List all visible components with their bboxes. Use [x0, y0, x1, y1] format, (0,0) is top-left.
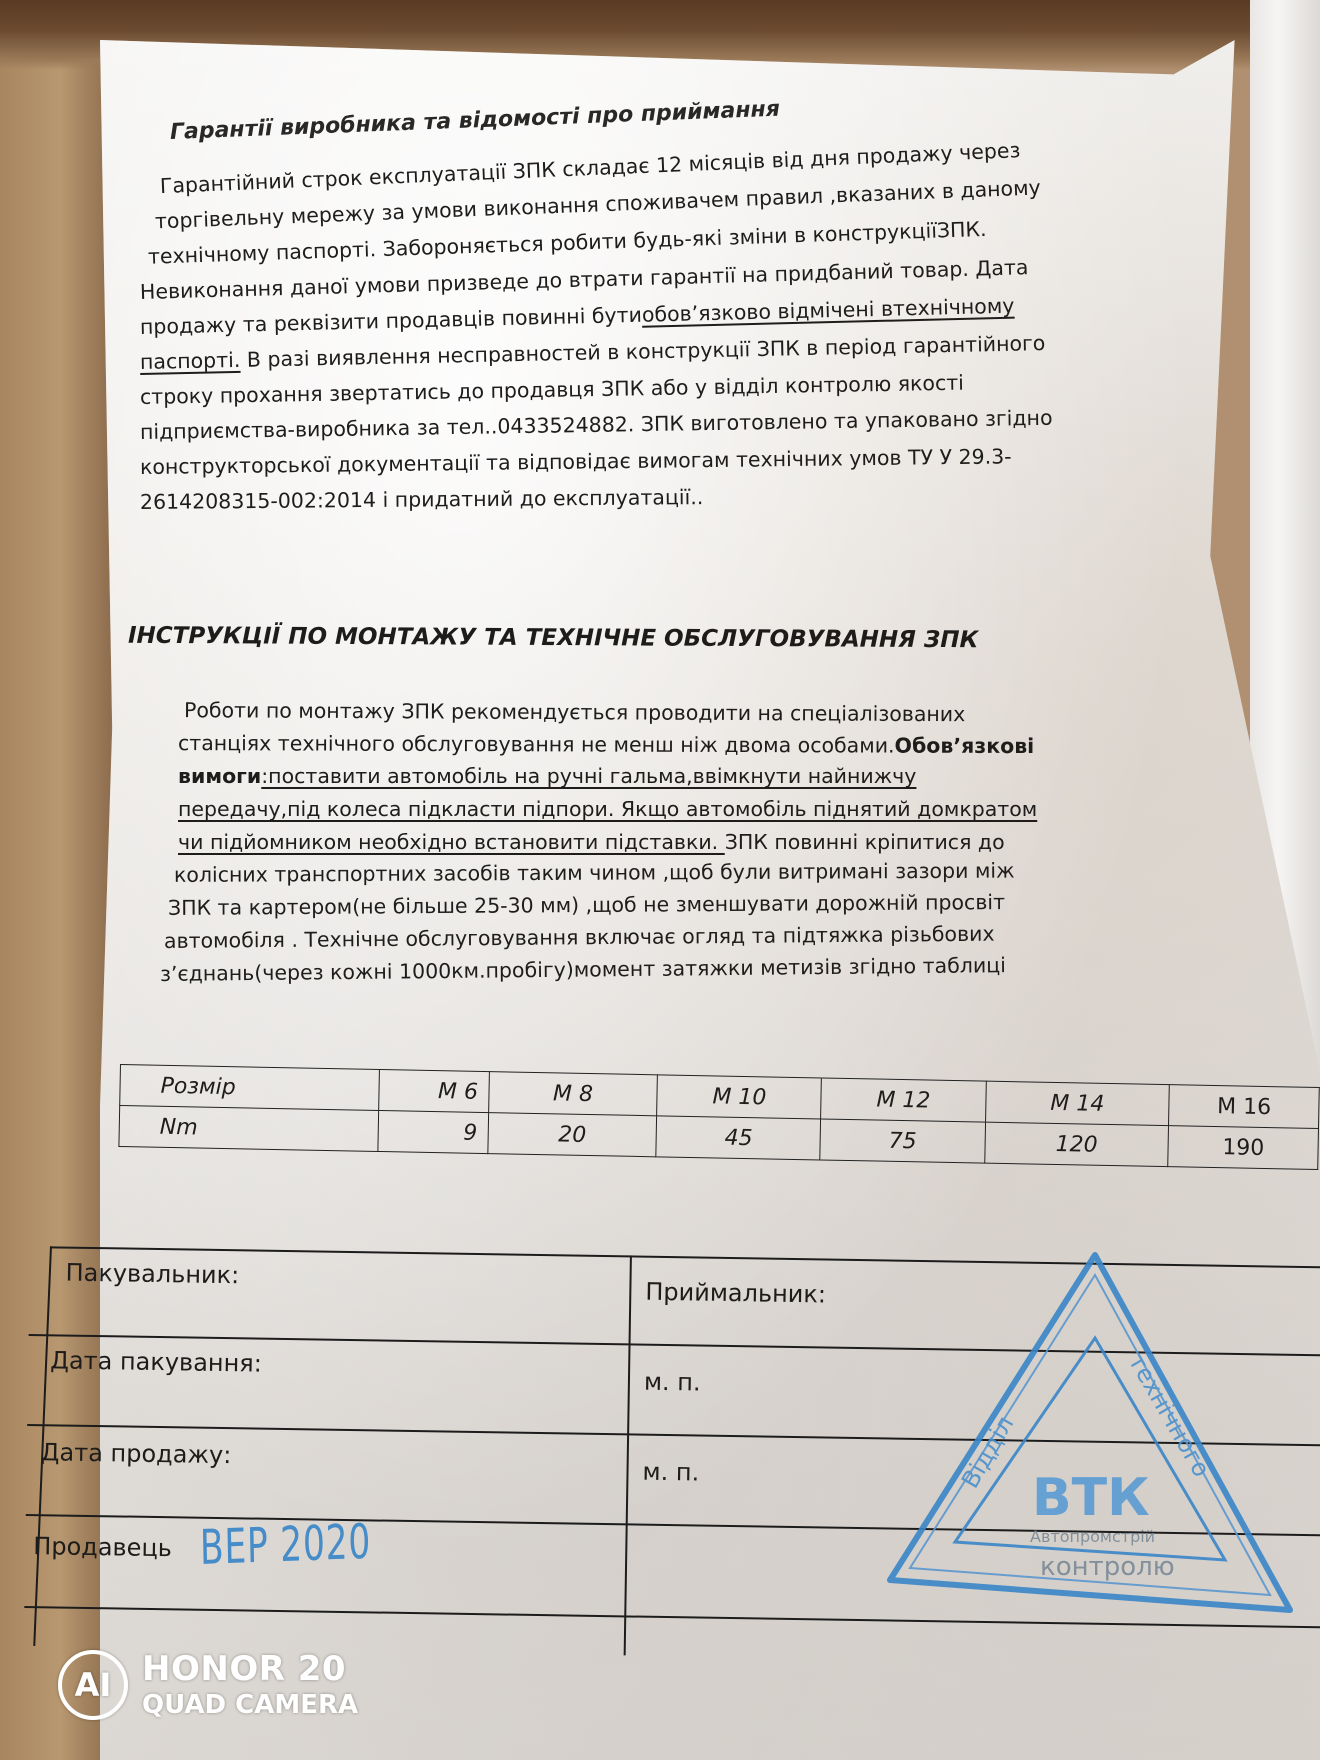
row-label-torque: Nm	[119, 1106, 378, 1152]
instructions-paragraph: Роботи по монтажу ЗПК рекомендується про…	[158, 694, 1037, 991]
instructions-line: Роботи по монтажу ЗПК рекомендується про…	[158, 694, 1037, 732]
torque-cell: 45	[656, 1116, 821, 1160]
qc-department-stamp: Відділ технічного ВТК Автопромстрій конт…	[880, 1250, 1300, 1620]
instructions-bold-text: вимоги	[178, 764, 261, 788]
camera-type: QUAD CAMERA	[142, 1692, 358, 1718]
torque-cell: 120	[984, 1122, 1169, 1167]
torque-cell: 20	[487, 1113, 657, 1157]
warranty-paragraph: Гарантійний строк експлуатації ЗПК склад…	[140, 170, 1053, 520]
receiver-label: Приймальник:	[645, 1278, 826, 1309]
torque-table: Розмір М 6 М 8 М 10 М 12 М 14 М 16 Nm 9 …	[118, 1064, 1319, 1170]
instructions-line: станціях технічного обслуговування не ме…	[158, 727, 1037, 763]
date-stamp: ВЕР 2020	[199, 1514, 371, 1576]
instructions-text: ЗПК повинні кріпитися до	[725, 830, 1005, 854]
torque-cell: 9	[378, 1110, 489, 1153]
warranty-underlined-text: паспорті.	[140, 348, 241, 374]
document: Гарантії виробника та відомості про прий…	[0, 0, 1320, 1760]
instructions-line: передачу,під колеса підкласти підпори. Я…	[158, 793, 1037, 826]
camera-ai-logo-icon: AI	[58, 1650, 128, 1720]
stamp-text-company: Автопромстрій	[1030, 1527, 1155, 1546]
seller-label: Продавець	[33, 1532, 172, 1562]
instructions-underlined-text: чи підйомником необхідно встановити підс…	[178, 830, 725, 854]
instructions-title: ІНСТРУКЦІЇ ПО МОНТАЖУ ТА ТЕХНІЧНЕ ОБСЛУГ…	[128, 623, 978, 653]
stamp-text-left: Відділ	[956, 1411, 1019, 1493]
instructions-bold-text: Обов’язкові	[895, 734, 1035, 758]
row-label-size: Розмір	[120, 1065, 379, 1111]
packing-date-label: Дата пакування:	[50, 1346, 262, 1377]
camera-watermark-text: HONOR 20 QUAD CAMERA	[142, 1652, 358, 1718]
warranty-line: 2614208315-002:2014 і придатний до експл…	[140, 477, 1053, 520]
camera-model: HONOR 20	[142, 1652, 358, 1686]
warranty-text: продажу та реквізити продавців повинні б…	[140, 303, 642, 339]
size-cell: М 14	[985, 1081, 1170, 1126]
size-cell: М 8	[488, 1072, 658, 1116]
stamp-text-center: ВТК	[1032, 1468, 1150, 1528]
seal-label: м. п.	[644, 1368, 701, 1397]
seal-label: м. п.	[642, 1458, 699, 1487]
size-cell: М 16	[1169, 1085, 1319, 1129]
camera-watermark: AI HONOR 20 QUAD CAMERA	[58, 1650, 358, 1720]
instructions-line: чи підйомником необхідно встановити підс…	[158, 826, 1037, 859]
warranty-title: Гарантії виробника та відомості про прий…	[170, 97, 781, 145]
stamp-text-bottom: контролю	[1040, 1552, 1175, 1582]
sale-date-label: Дата продажу:	[41, 1438, 232, 1469]
size-cell: М 10	[657, 1075, 822, 1119]
packer-label: Пакувальник:	[65, 1259, 239, 1290]
size-cell: М 12	[821, 1078, 986, 1122]
instructions-line: вимоги:поставити автомобіль на ручні гал…	[158, 760, 1037, 793]
size-cell: М 6	[378, 1069, 489, 1112]
form-divider	[624, 1255, 632, 1655]
instructions-underlined-text: :поставити автомобіль на ручні гальма,вв…	[261, 764, 916, 788]
torque-cell: 190	[1168, 1126, 1318, 1170]
torque-cell: 75	[820, 1119, 985, 1163]
warranty-underlined-text: обов’язково відмічені втехнічному	[642, 294, 1015, 327]
instructions-text: станціях технічного обслуговування не ме…	[178, 731, 895, 758]
